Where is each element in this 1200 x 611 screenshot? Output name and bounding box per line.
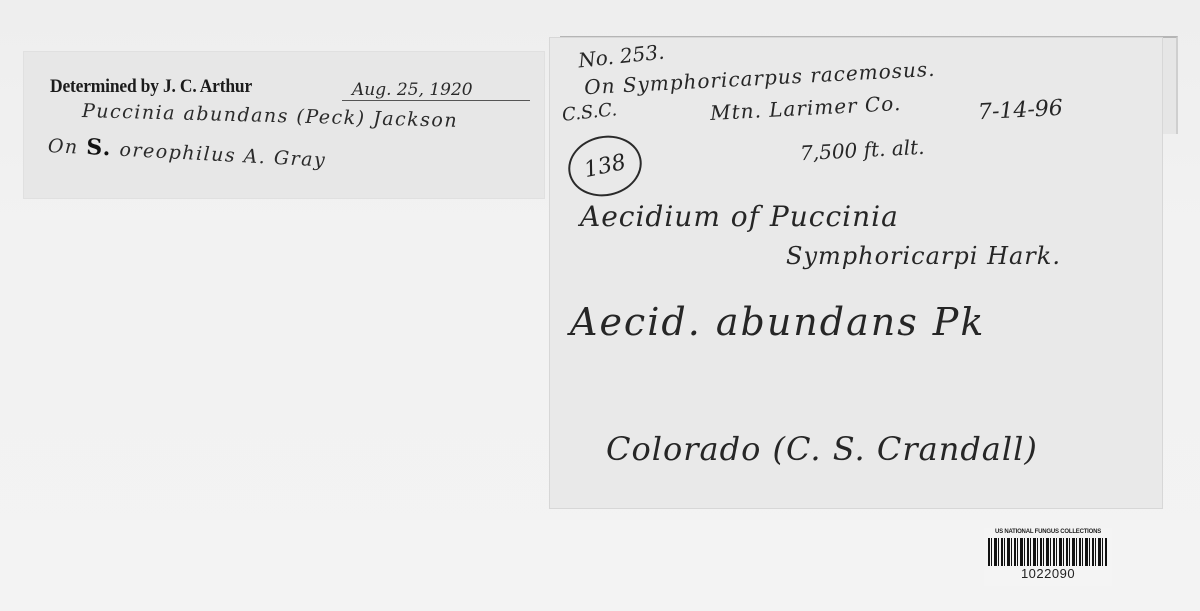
circled-number-text: 138 — [582, 149, 628, 182]
collector-line: Colorado (C. S. Crandall) — [606, 430, 1038, 468]
host-line: On S. oreophilus A. Gray — [47, 132, 327, 173]
altitude: 7,500 ft. alt. — [799, 135, 925, 165]
barcode-number: 1022090 — [984, 566, 1112, 582]
circled-number: 138 — [563, 129, 648, 203]
determined-by-printed-text: Determined by J. C. Arthur — [50, 76, 252, 98]
host-genus-initial: S. — [86, 134, 113, 161]
locality: Mtn. Larimer Co. — [710, 91, 902, 125]
collection-number: No. 253. — [577, 40, 665, 73]
aecidium-abundans-line: Aecid. abundans Pk — [570, 300, 985, 344]
symphoricarpi-line: Symphoricarpi Hark. — [786, 242, 1061, 270]
host-prefix: On — [47, 135, 79, 159]
specimen-barcode: US NATIONAL FUNGUS COLLECTIONS 1022090 — [984, 528, 1112, 586]
aecidium-line: Aecidium of Puccinia — [580, 200, 899, 233]
original-collection-label: No. 253. On Symphoricarpus racemosus. C.… — [550, 38, 1162, 508]
barcode-collection-title: US NATIONAL FUNGUS COLLECTIONS — [984, 528, 1112, 536]
barcode-bars-icon — [988, 538, 1108, 566]
determination-label: Determined by J. C. Arthur Aug. 25, 1920… — [24, 52, 544, 198]
determination-date: Aug. 25, 1920 — [342, 80, 530, 101]
collector-initials: C.S.C. — [561, 99, 618, 126]
species-name: Puccinia abundans (Peck) Jackson — [82, 100, 459, 132]
host-epithet: oreophilus A. Gray — [119, 139, 327, 172]
collection-date: 7-14-96 — [977, 96, 1063, 125]
